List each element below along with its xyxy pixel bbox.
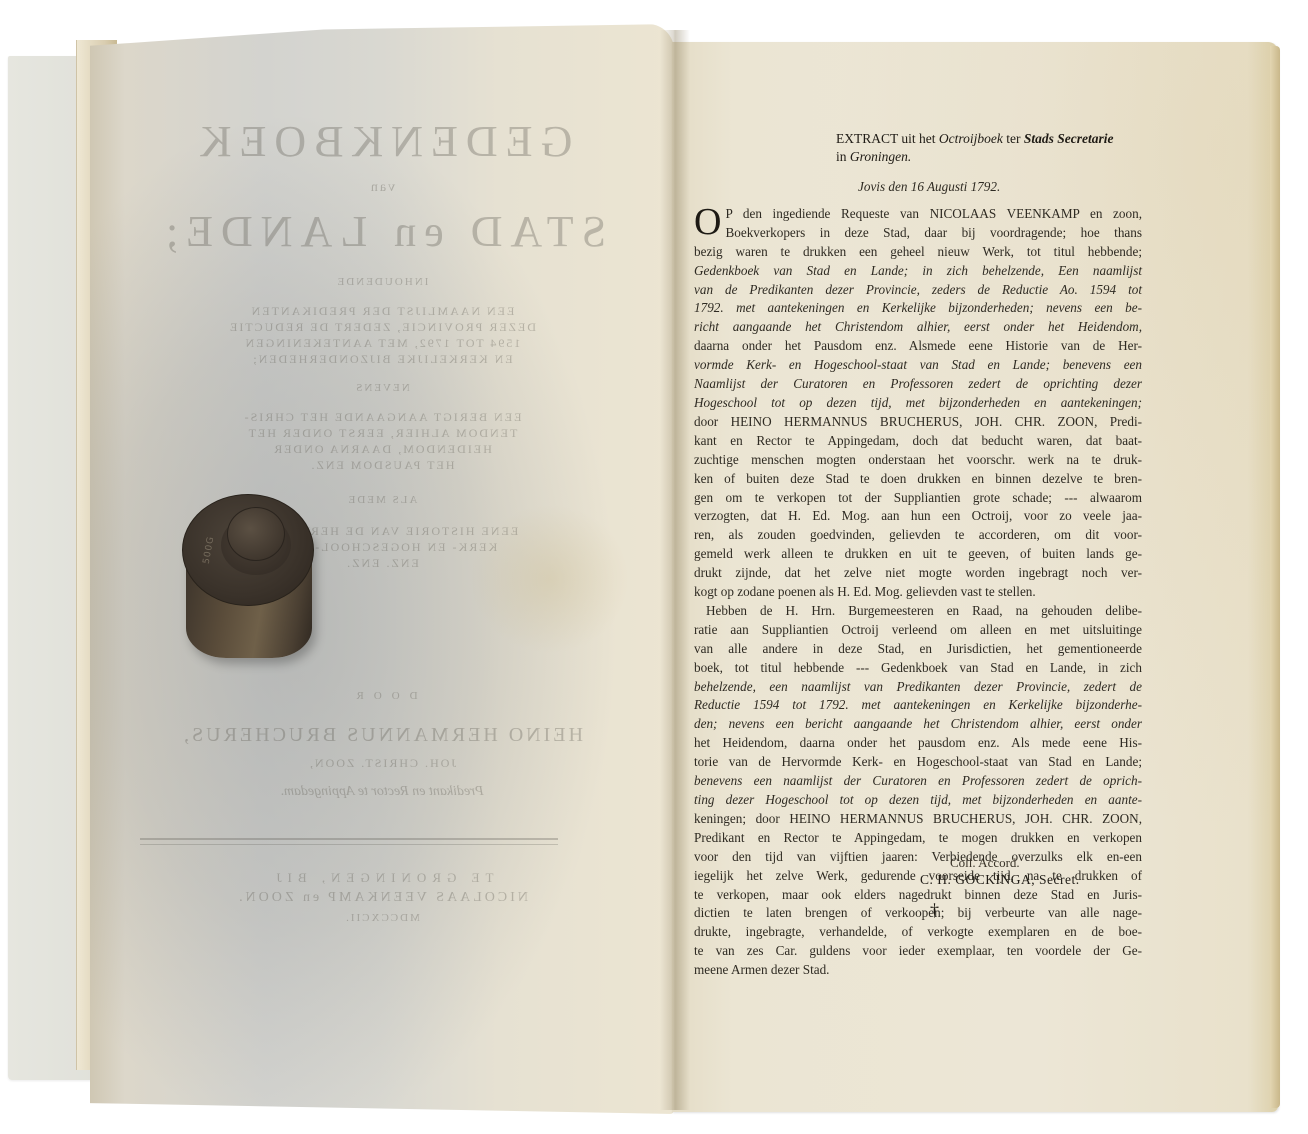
text-line: benevens een naamlijst der Curatoren en … (694, 772, 1142, 791)
mirror-line: TENDOM ALHIER, EERST ONDER HET (90, 426, 674, 441)
text-line: te verkopen, maar ook elders nagedrukt b… (694, 886, 1142, 905)
mirror-line: HET PAUSDOM ENZ. (90, 458, 674, 473)
mirror-line: 1594 TOT 1792, MET AANTEKENINGEN (90, 336, 674, 351)
heading-word: Octroijboek (939, 131, 1003, 146)
mirror-line: JOH. CHRIST. ZOON, (90, 756, 674, 771)
extract-heading-line2: in Groningen. (836, 148, 1142, 166)
heading-word: Stads Secretarie (1024, 131, 1114, 146)
text-line: het Heidendom, daarna onder het pausdom … (694, 734, 1142, 753)
text-line: keningen; door HEINO HERMANNUS BRUCHERUS… (694, 810, 1142, 829)
mirror-line: MDCCXCII. (90, 912, 674, 924)
text-line: gen om te verkopen tot der Suppliantien … (694, 489, 1142, 508)
cross-mark-icon: † (930, 900, 939, 921)
text-line: Predikant en Rector te Appingedam, te mo… (694, 829, 1142, 848)
text-line: dictien te laten brengen of verkoopen; b… (694, 904, 1142, 923)
drop-cap: O (694, 207, 721, 237)
mirror-line: Predikant en Rector te Appingedam. (90, 784, 674, 800)
brass-weight: 500G (174, 488, 324, 638)
text-line: drukt zijnde, dat het zelve niet mogte w… (694, 564, 1142, 583)
text-line: P den ingediende Requeste van NICOLAAS V… (694, 205, 1142, 224)
text-line: vormde Kerk- en Hogeschool-staat van Sta… (694, 356, 1142, 375)
mirror-line: EEN NAAMLIJST DER PREDIKANTEN (90, 304, 674, 319)
mirror-line: NEVENS (90, 382, 674, 394)
text-line: meene Armen dezer Stad. (694, 961, 1142, 980)
signoff-accord: Coll. Accord. (950, 855, 1020, 871)
mirror-title: GEDENKBOEK (90, 116, 674, 167)
text-line: Reductie 1594 tot 1792. met aantekeninge… (694, 696, 1142, 715)
book-photo: GEDENKBOEK van STAD en LANDE; INHOUDENDE… (0, 0, 1308, 1134)
text-line: torie van de Hervormde Kerk- en Hogescho… (694, 753, 1142, 772)
mirror-rule (140, 838, 558, 845)
paragraph-1: O P den ingediende Requeste van NICOLAAS… (694, 205, 1142, 602)
signoff-secretary: C. H. GOCKINGA, Secret. (920, 872, 1080, 888)
text-line: boek, tot titul hebbende --- Gedenkboek … (694, 659, 1142, 678)
text-line: Hebben de H. Hrn. Burgemeesteren en Raad… (694, 602, 1142, 621)
text-line: zuchtige menschen mogten onderstaan het … (694, 451, 1142, 470)
text-line: ren, als zouden goedvinden, gelievden te… (694, 526, 1142, 545)
text-line: ken of buiten deze Stad te doen drukken … (694, 470, 1142, 489)
mirror-line: EN KERKELIJKE BIJZONDERHEDEN; (90, 352, 674, 367)
text-line: den; nevens een bericht aangaande het Ch… (694, 715, 1142, 734)
mirror-author: HEINO HERMANNUS BRUCHERUS, (90, 724, 674, 747)
text-line: richt aangaande het Christendom alhier, … (694, 318, 1142, 337)
text-line: Hogeschool tot op dezen tijd, met bijzon… (694, 394, 1142, 413)
text-line: Gedenkboek van Stad en Lande; in zich be… (694, 262, 1142, 281)
mirror-line: DOOR (90, 690, 674, 702)
text-line: drukte, ingebragte, verhandelde, of verk… (694, 923, 1142, 942)
heading-word: ter (1003, 131, 1024, 146)
paragraph-2: Hebben de H. Hrn. Burgemeesteren en Raad… (694, 602, 1142, 980)
heading-word: in (836, 149, 850, 164)
text-line: ratie aan Suppliantien Octroij verleend … (694, 621, 1142, 640)
heading-word: EXTRACT (836, 131, 898, 146)
text-line: bezig waren te drukken een geheel nieuw … (694, 243, 1142, 262)
mirror-line: van (90, 180, 674, 196)
text-line: kogt op zodane poenen als H. Ed. Mog. ge… (694, 583, 1142, 602)
text-line: voor den tijd van vijftien jaaren: Verbi… (694, 848, 1142, 867)
heading-word: Groningen. (850, 149, 911, 164)
mirror-line: HEIDENDOM, DAARNA ONDER (90, 442, 674, 457)
text-line: gemeld werk alleen te drukken en uit te … (694, 545, 1142, 564)
weight-marking: 500G (202, 535, 217, 564)
mirror-line: NICOLAAS VEENKAMP en ZOON. (90, 890, 674, 906)
text-line: door HEINO HERMANNUS BRUCHERUS, JOH. CHR… (694, 413, 1142, 432)
extract-date: Jovis den 16 Augusti 1792. (858, 178, 1142, 197)
mirror-line: INHOUDENDE (90, 276, 674, 288)
mirror-subtitle: STAD en LANDE; (90, 206, 674, 257)
right-page-edges (1270, 46, 1280, 1108)
text-line: behelzende, een naamlijst van Predikante… (694, 678, 1142, 697)
text-line: van de Predikanten dezer Provincie, zede… (694, 281, 1142, 300)
mirror-line: EEN BERIGT AANGAANDE HET CHRIS- (90, 410, 674, 425)
text-line: te van zes Car. guldens voor ieder exemp… (694, 942, 1142, 961)
mirror-line: DEZER PROVINCIE, ZEDERT DE REDUCTIE (90, 320, 674, 335)
mirror-line: TE GRONINGEN, BIJ (90, 870, 674, 886)
heading-word: uit het (898, 131, 939, 146)
text-line: kant en Rector te Appingedam, doch dat b… (694, 432, 1142, 451)
extract-heading: EXTRACT uit het Octroijboek ter Stads Se… (836, 130, 1142, 148)
weight-top: 500G (182, 494, 314, 606)
text-line: 1792. met aantekeningen en Kerkelijke bi… (694, 299, 1142, 318)
book-gutter (660, 30, 690, 1110)
weight-knob (227, 507, 285, 561)
text-line: ting dezer Hogeschool tot op dezen tijd,… (694, 791, 1142, 810)
extract-text: EXTRACT uit het Octroijboek ter Stads Se… (694, 130, 1142, 980)
text-line: Boekverkopers in deze Stad, daar bij voo… (694, 224, 1142, 243)
text-line: van alle andere in deze Stad, en Jurisdi… (694, 640, 1142, 659)
text-line: verzogten, dat H. Ed. Mog. aan hun een O… (694, 507, 1142, 526)
text-line: daarna onder het Pausdom enz. Alsmede ee… (694, 337, 1142, 356)
text-line: Naamlijst der Curatoren en Professoren z… (694, 375, 1142, 394)
